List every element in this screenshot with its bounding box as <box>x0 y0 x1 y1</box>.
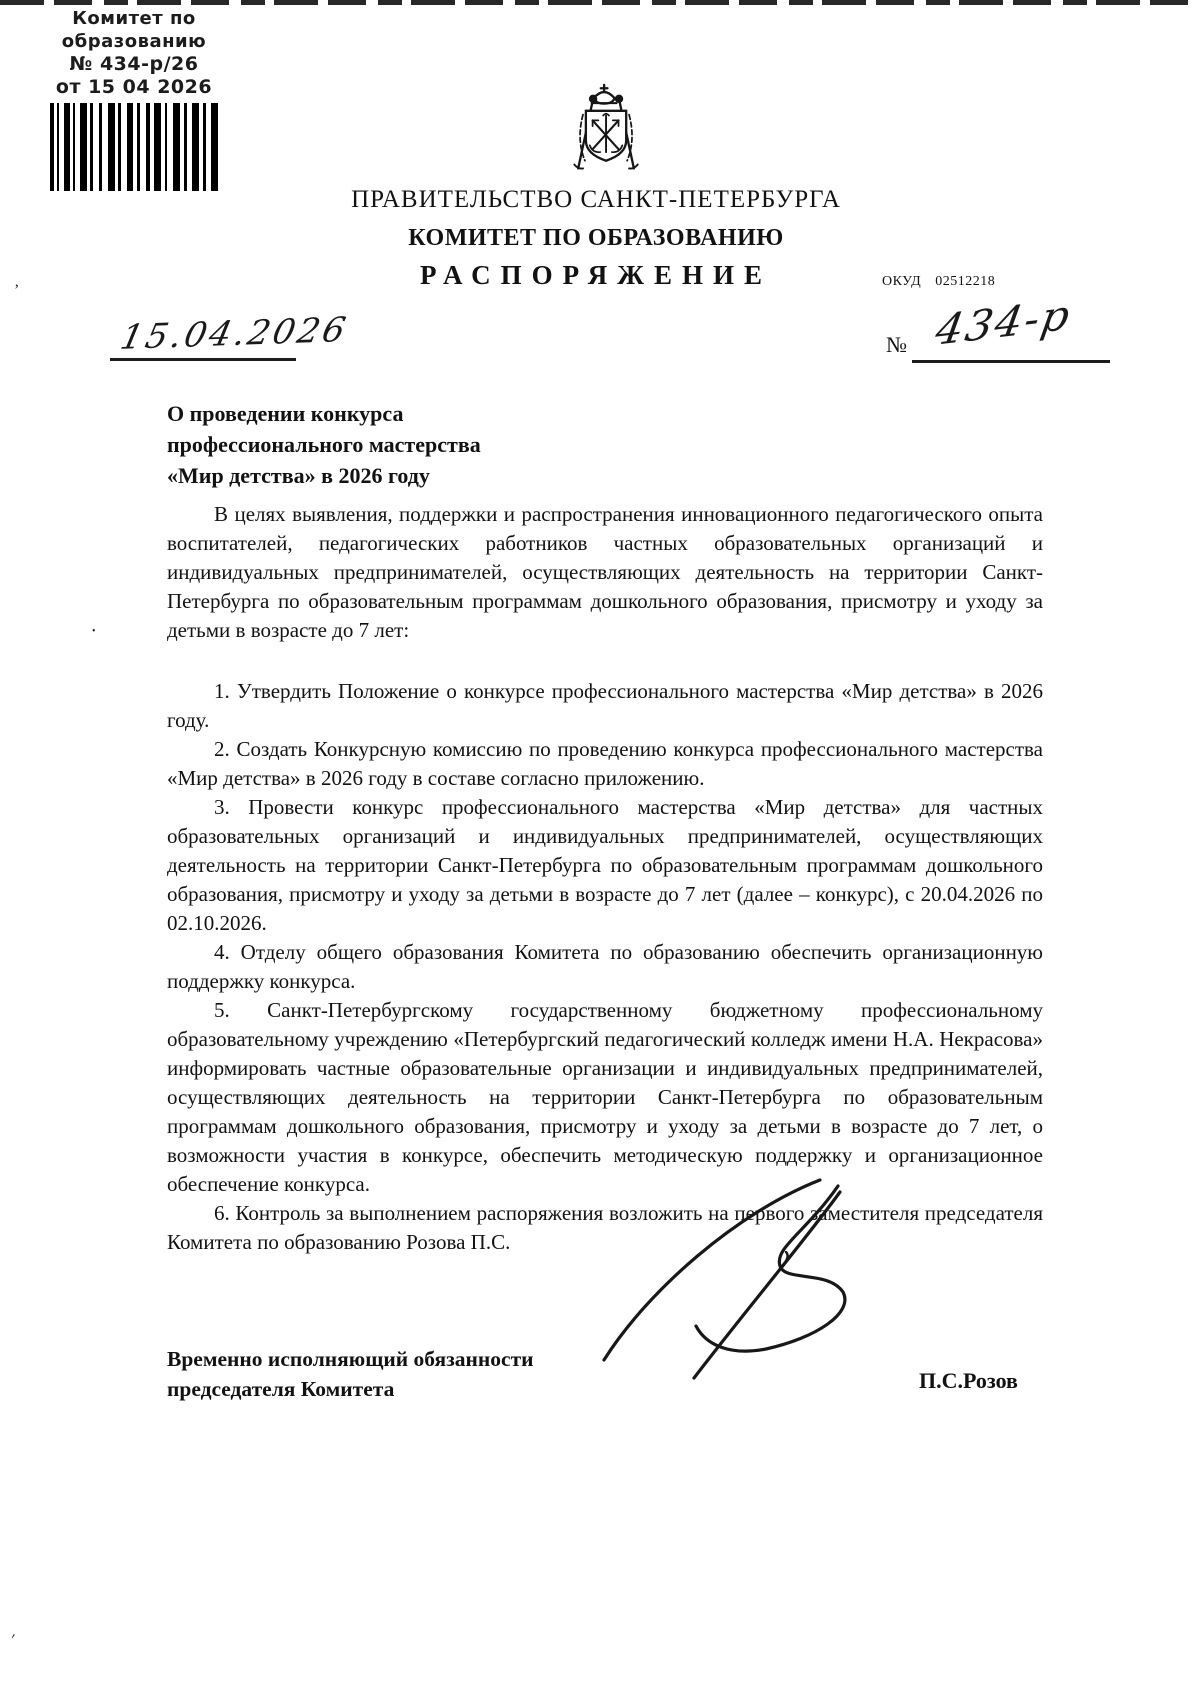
handwritten-date: 15.04.2026 <box>117 310 352 358</box>
scan-speck-artifact: ’ <box>14 282 19 300</box>
order-item-5: 5. Санкт-Петербургскому государственному… <box>167 996 1043 1199</box>
subject-line-1: О проведении конкурса <box>167 398 481 429</box>
okud-value: 02512218 <box>935 274 995 289</box>
order-item-1: 1. Утвердить Положение о конкурсе профес… <box>167 677 1043 735</box>
saint-petersburg-coat-of-arms-icon <box>548 82 666 178</box>
subject-line-3: «Мир детства» в 2026 году <box>167 460 481 491</box>
order-item-2: 2. Создать Конкурсную комиссию по провед… <box>167 735 1043 793</box>
signer-position: Временно исполняющий обязанности председ… <box>167 1344 534 1404</box>
signer-position-line-1: Временно исполняющий обязанности <box>167 1344 534 1374</box>
document-body: В целях выявления, поддержки и распростр… <box>167 500 1043 1257</box>
document-page: Комитет по образованию № 434-р/26 от 15 … <box>0 0 1200 1706</box>
stamp-committee-line: Комитет по образованию <box>12 7 256 53</box>
signer-position-line-2: председателя Комитета <box>167 1374 534 1404</box>
scan-edge-artifact <box>0 0 1200 5</box>
stamp-date-line: от 15 04 2026 <box>12 76 256 99</box>
handwritten-signature <box>588 1178 890 1384</box>
document-subject: О проведении конкурса профессионального … <box>167 398 481 491</box>
number-sign-label: № <box>886 332 907 358</box>
order-item-4: 4. Отделу общего образования Комитета по… <box>167 938 1043 996</box>
government-title: ПРАВИТЕЛЬСТВО САНКТ-ПЕТЕРБУРГА <box>0 186 1192 214</box>
scan-speck-artifact: ʹ <box>7 1632 16 1650</box>
registration-stamp: Комитет по образованию № 434-р/26 от 15 … <box>12 7 256 191</box>
okud-label: ОКУД <box>882 274 921 289</box>
signer-name: П.С.Розов <box>919 1368 1018 1394</box>
intro-paragraph: В целях выявления, поддержки и распростр… <box>167 500 1043 645</box>
order-item-3: 3. Провести конкурс профессионального ма… <box>167 793 1043 938</box>
barcode <box>50 103 218 191</box>
committee-title: КОМИТЕТ ПО ОБРАЗОВАНИЮ <box>0 225 1192 252</box>
stamp-number-line: № 434-р/26 <box>12 53 256 76</box>
document-type-title: РАСПОРЯЖЕНИЕ <box>0 260 1192 291</box>
scan-speck-artifact: • <box>92 626 96 637</box>
subject-line-2: профессионального мастерства <box>167 429 481 460</box>
okud-code: ОКУД02512218 <box>882 274 995 290</box>
letterhead: ПРАВИТЕЛЬСТВО САНКТ-ПЕТЕРБУРГА КОМИТЕТ П… <box>0 186 1192 291</box>
